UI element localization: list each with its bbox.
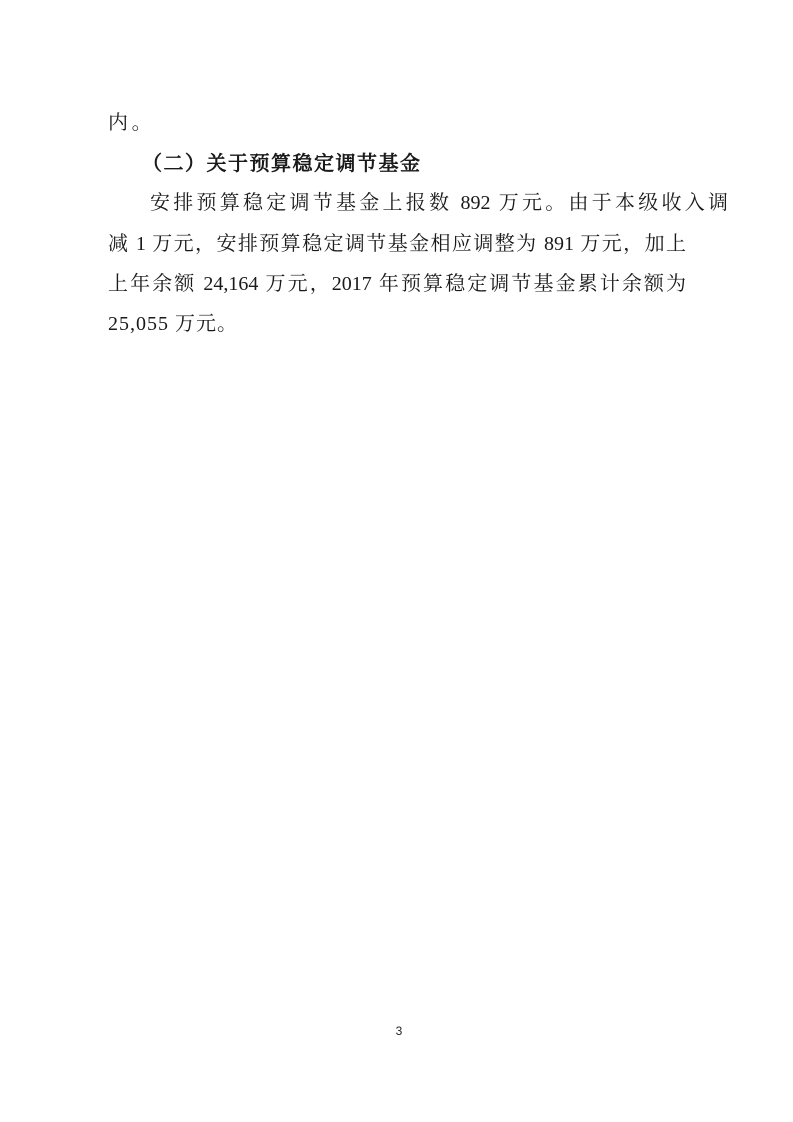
body-text: 内。 （二）关于预算稳定调节基金 安排预算稳定调节基金上报数 892 万元。由于…	[108, 103, 688, 344]
paragraph-line-4: 25,055 万元。	[108, 304, 688, 344]
page-number: 3	[0, 1024, 793, 1038]
section-heading: （二）关于预算稳定调节基金	[108, 143, 688, 183]
paragraph-line-3: 上年余额 24,164 万元，2017 年预算稳定调节基金累计余额为	[108, 264, 686, 304]
document-page: 内。 （二）关于预算稳定调节基金 安排预算稳定调节基金上报数 892 万元。由于…	[0, 0, 793, 1122]
continuation-line: 内。	[108, 103, 688, 143]
paragraph-line-2: 减 1 万元，安排预算稳定调节基金相应调整为 891 万元，加上	[108, 224, 686, 264]
paragraph-line-1: 安排预算稳定调节基金上报数 892 万元。由于本级收入调	[108, 183, 728, 223]
